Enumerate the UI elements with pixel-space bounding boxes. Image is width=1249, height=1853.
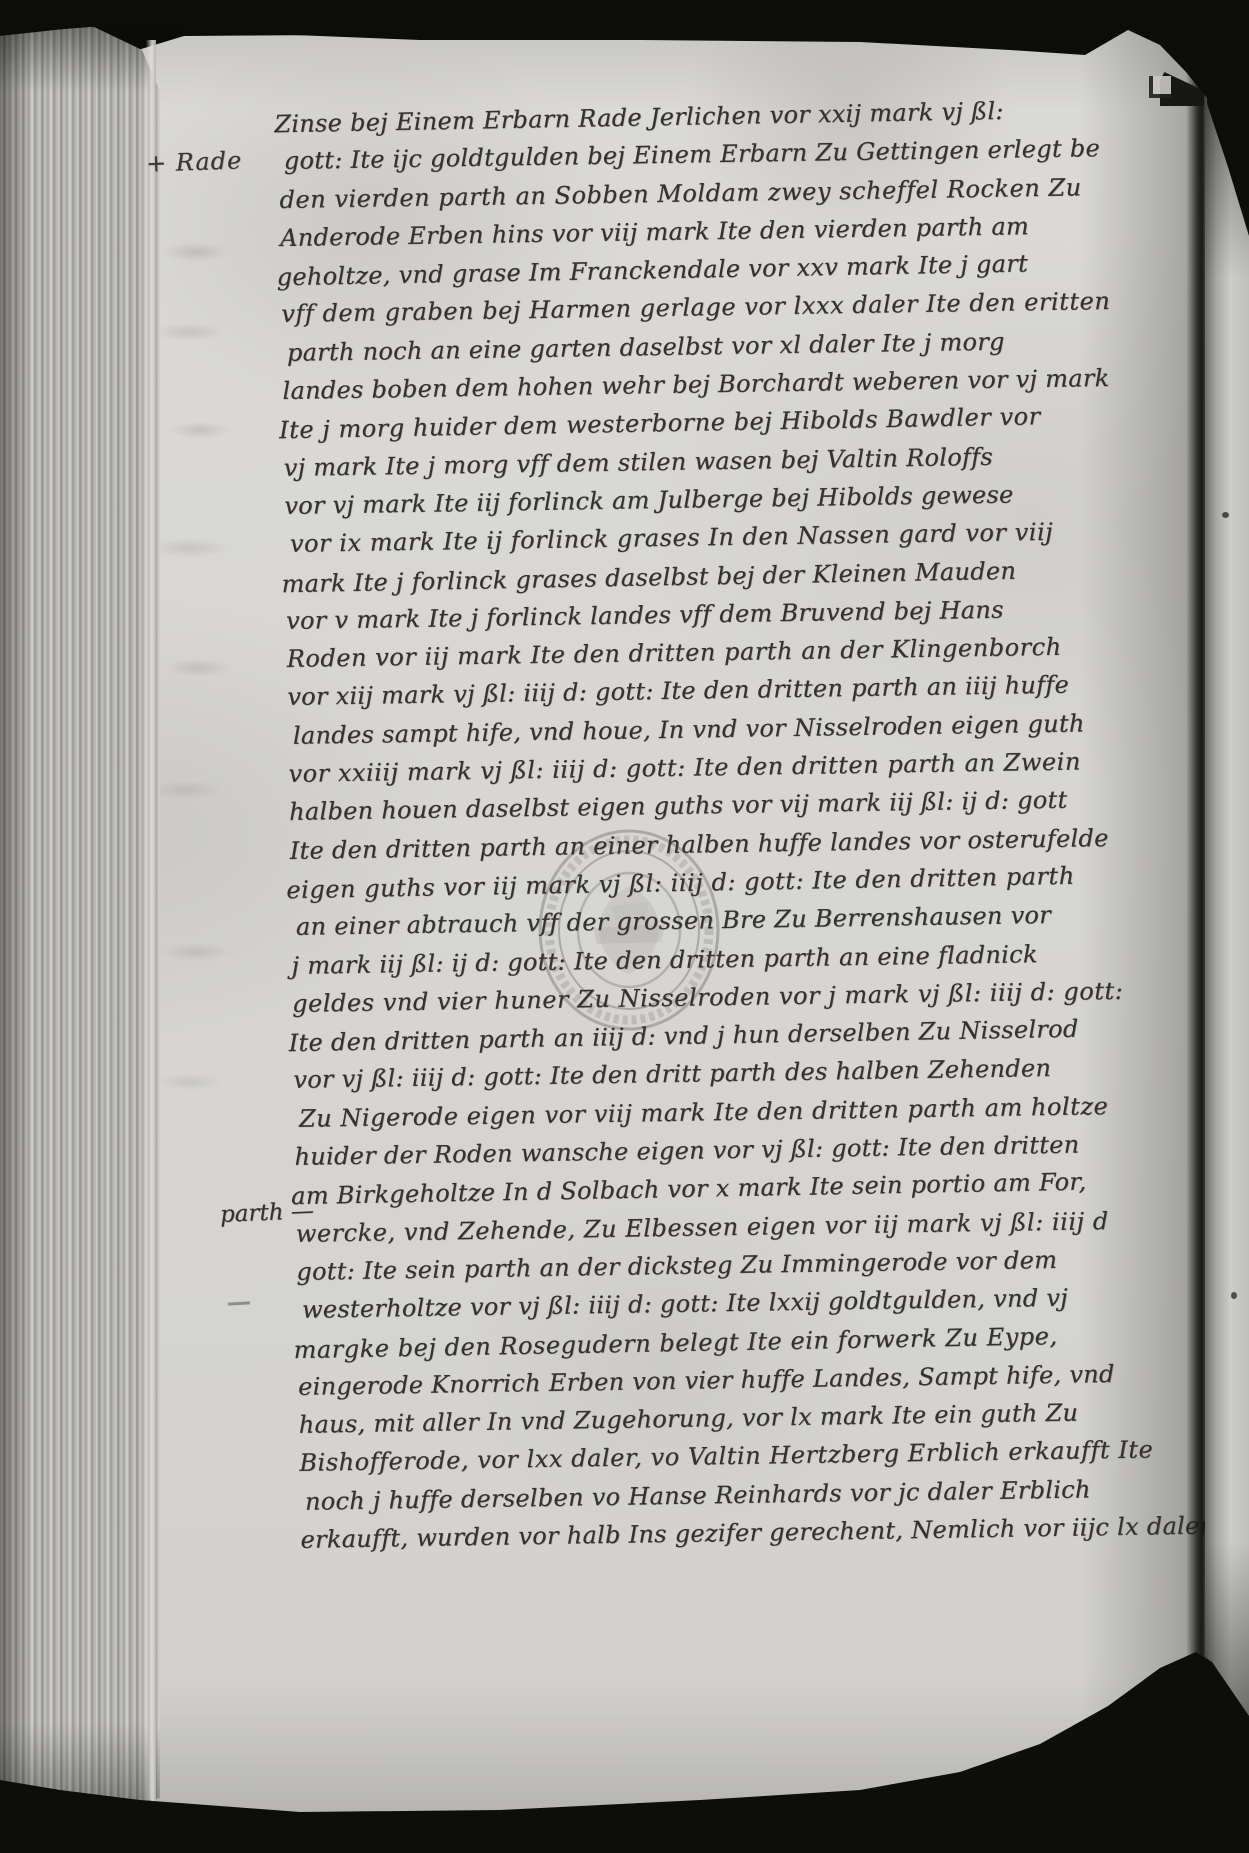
manuscript-text: Zinse bej Einem Erbarn Rade Jerlichen vo… [278,89,1236,1559]
outer-leaf-edge-highlight [146,40,156,1808]
margin-word-parth: parth — [219,1198,314,1228]
book-fore-edge-pages [0,0,160,1853]
facing-page-corner-tab [1149,76,1171,98]
paper-speck [1231,1292,1237,1299]
facing-page-edge [1205,80,1249,1740]
book-photo: Zinse bej Einem Erbarn Rade Jerlichen vo… [0,0,1249,1853]
margin-note-rade: + Rade [146,146,243,177]
paper-speck [1222,512,1229,518]
